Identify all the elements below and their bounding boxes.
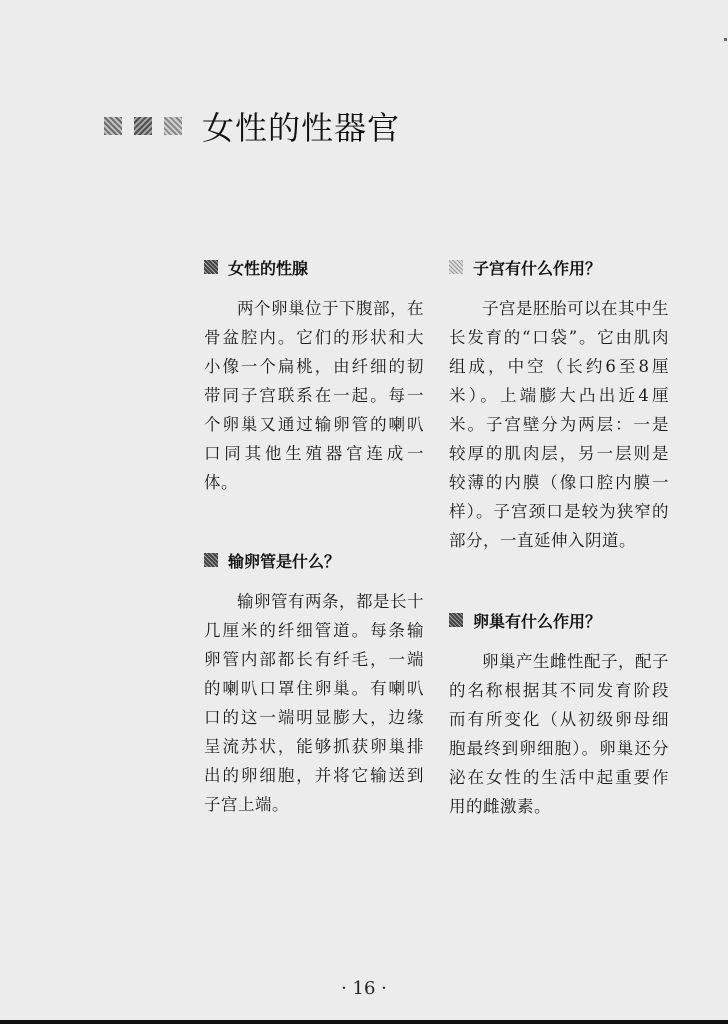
right-column: 子宫有什么作用？ 子宫是胚胎可以在其中生长发育的“口袋”。它由肌肉组成，中空（长… <box>449 254 669 821</box>
section-ovary-function: 卵巢有什么作用？ 卵巢产生雌性配子，配子的名称根据其不同发育阶段而有所变化（从初… <box>449 607 669 821</box>
section-body: 卵巢产生雌性配子，配子的名称根据其不同发育阶段而有所变化（从初级卵母细胞最终到卵… <box>449 647 669 821</box>
section-body: 两个卵巢位于下腹部，在骨盆腔内。它们的形状和大小像一个扁桃，由纤细的韧带同子宫联… <box>204 294 424 497</box>
page-number: · 16 · <box>0 978 728 999</box>
section-heading: 女性的性腺 <box>204 254 424 280</box>
scan-speck <box>724 38 727 41</box>
section-title: 卵巢有什么作用？ <box>473 609 601 632</box>
title-row: 女性的性器官 <box>104 102 400 150</box>
page-title: 女性的性器官 <box>202 103 400 149</box>
section-uterus: 子宫有什么作用？ 子宫是胚胎可以在其中生长发育的“口袋”。它由肌肉组成，中空（长… <box>449 254 669 555</box>
section-title: 子宫有什么作用？ <box>473 256 601 279</box>
section-fallopian-tube: 输卵管是什么？ 输卵管有两条，都是长十几厘米的纤细管道。每条输卵管内部都长有纤毛… <box>204 547 424 819</box>
section-heading: 输卵管是什么？ <box>204 547 424 573</box>
section-body: 输卵管有两条，都是长十几厘米的纤细管道。每条输卵管内部都长有纤毛，一端的喇叭口罩… <box>204 587 424 819</box>
decorative-block-icon <box>134 117 152 135</box>
left-column: 女性的性腺 两个卵巢位于下腹部，在骨盆腔内。它们的形状和大小像一个扁桃，由纤细的… <box>204 254 424 819</box>
bottom-rule <box>0 1020 728 1024</box>
section-title: 输卵管是什么？ <box>228 549 340 572</box>
section-heading: 子宫有什么作用？ <box>449 254 669 280</box>
section-bullet-icon <box>204 553 218 567</box>
section-title: 女性的性腺 <box>228 256 308 279</box>
section-bullet-icon <box>449 260 463 274</box>
section-ovary-gland: 女性的性腺 两个卵巢位于下腹部，在骨盆腔内。它们的形状和大小像一个扁桃，由纤细的… <box>204 254 424 497</box>
decorative-block-icon <box>164 117 182 135</box>
decorative-block-icon <box>104 117 122 135</box>
section-body: 子宫是胚胎可以在其中生长发育的“口袋”。它由肌肉组成，中空（长约6至8厘米）。上… <box>449 294 669 555</box>
section-bullet-icon <box>449 613 463 627</box>
section-heading: 卵巢有什么作用？ <box>449 607 669 633</box>
section-bullet-icon <box>204 260 218 274</box>
